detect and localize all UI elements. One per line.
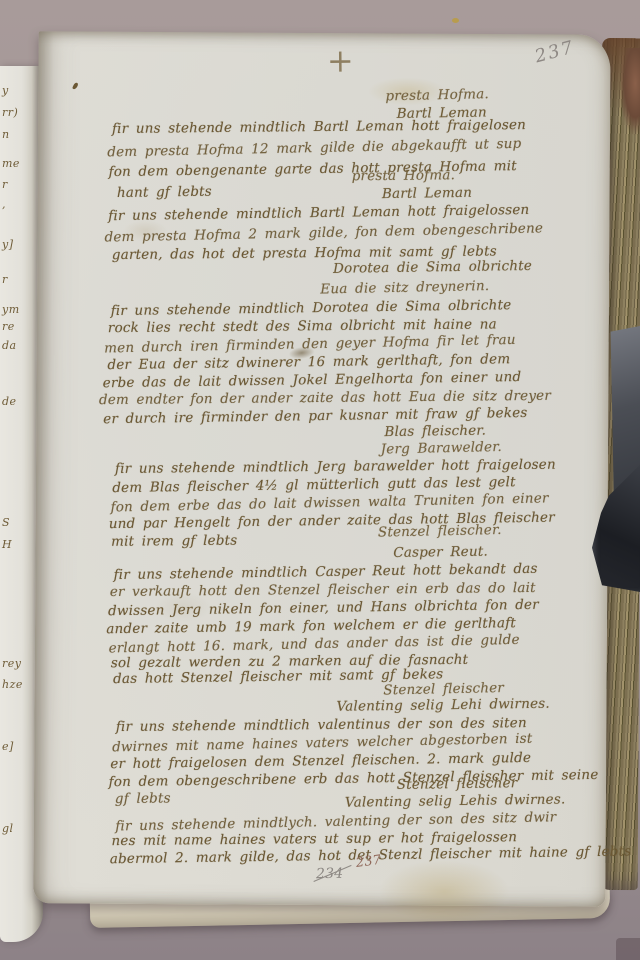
page-number-bottom: 237 <box>355 854 382 870</box>
margin-fragment: n <box>2 128 10 141</box>
book-cover-corner <box>621 48 640 136</box>
entry-heading: Valenting selig Lehi dwirnes. <box>336 698 550 715</box>
margin-fragment: me <box>2 157 20 170</box>
entry-heading: Dorotea die Sima olbrichte <box>333 260 532 276</box>
margin-fragment: gl <box>2 822 14 835</box>
entry-line: dem presta Hofma 12 mark gilde die abgek… <box>107 138 521 160</box>
margin-fragment: de <box>2 395 17 408</box>
cover-shadow <box>616 938 640 960</box>
entry-heading: Blas fleischer. <box>384 425 486 440</box>
entry-line: dem presta Hofma 2 mark gilde, fon dem o… <box>104 222 543 245</box>
entry-heading: Bartl Leman <box>382 187 472 202</box>
entry-heading: Casper Reut. <box>393 546 488 561</box>
entry-line: fon dem obengeschribene erb das hott Ste… <box>109 769 599 790</box>
margin-fragment: da <box>2 339 17 352</box>
margin-fragment: r <box>2 273 8 286</box>
margin-fragment: rey <box>2 657 21 670</box>
entry-heading: Jerg Barawelder. <box>381 441 502 457</box>
entry-line: fir uns stehende mindtlich Bartl Leman h… <box>112 119 526 136</box>
margin-fragment: y] <box>2 238 14 251</box>
entry-line: mit irem gf lebts <box>111 535 237 550</box>
margin-fragment: e] <box>2 740 14 753</box>
photo-background: y rr) n me r , y] r ym re da de S H rey … <box>0 0 640 960</box>
cross-mark: + <box>327 45 354 77</box>
margin-fragment: re <box>2 320 15 333</box>
paper-speck <box>452 18 459 23</box>
entry-heading: Stenzel fleischer. <box>378 524 502 540</box>
handwriting-layer: + 237 presta Hofma. Bartl Leman fir uns … <box>30 29 615 909</box>
entry-line: fir uns stehende mindtlich Dorotea die S… <box>111 299 512 318</box>
margin-fragment: r <box>2 178 8 191</box>
margin-fragment: ym <box>2 303 20 316</box>
margin-fragment: y <box>2 84 9 97</box>
margin-fragment: , <box>2 198 6 211</box>
entry-heading: Eua die sitz dreynerin. <box>320 280 489 297</box>
margin-fragment: S <box>2 516 10 529</box>
entry-heading: presta Hofma. <box>352 169 456 183</box>
entry-line: fir uns stehende mindtlich Bartl Leman h… <box>108 204 529 224</box>
page-number-top-right: 237 <box>533 39 577 67</box>
entry-heading: Stenzel fleischer <box>397 777 518 792</box>
margin-fragment: rr) <box>2 106 18 119</box>
margin-fragment: hze <box>2 678 23 691</box>
manuscript-page: + 237 presta Hofma. Bartl Leman fir uns … <box>33 31 610 906</box>
entry-line: gf lebts <box>115 792 171 806</box>
entry-heading: Valenting selig Lehis dwirnes. <box>345 793 566 810</box>
entry-line: hant gf lebts <box>117 186 212 201</box>
entry-heading: presta Hofma. <box>385 88 489 104</box>
entry-line: fon dem obengenante garte das hott prest… <box>108 160 516 180</box>
margin-fragment: H <box>2 538 12 551</box>
page-number-crossed: 234 <box>316 867 344 882</box>
